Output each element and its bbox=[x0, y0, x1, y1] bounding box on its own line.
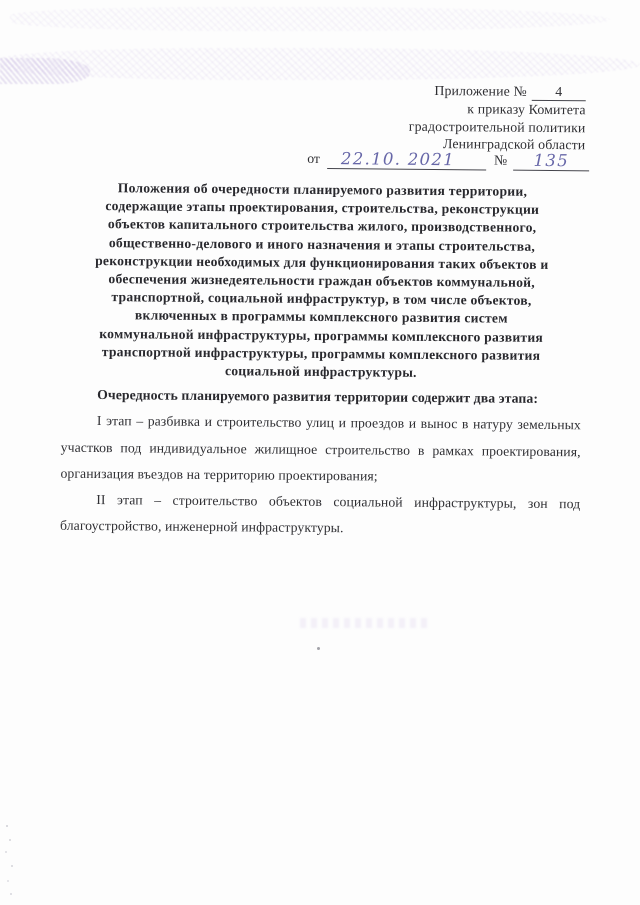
number-label: № bbox=[494, 151, 507, 171]
document-content: Приложение №4 к приказу Комитета градост… bbox=[0, 0, 640, 905]
appendix-header: Приложение №4 к приказу Комитета градост… bbox=[409, 82, 586, 154]
date-field: 22.10. 2021 bbox=[327, 147, 486, 170]
document-body: Очередность планируемого развития террит… bbox=[60, 382, 581, 544]
appendix-line: градостроительной политики bbox=[409, 118, 586, 137]
stage1-paragraph: I этап – разбивка и строительство улиц и… bbox=[60, 408, 581, 491]
scanned-document-page: Приложение №4 к приказу Комитета градост… bbox=[0, 0, 640, 905]
handwritten-number: 135 bbox=[533, 151, 569, 170]
document-title: Положения об очередности планируемого ра… bbox=[56, 179, 587, 384]
appendix-label: Приложение № bbox=[434, 83, 527, 99]
handwritten-date: 22.10. 2021 bbox=[341, 149, 455, 169]
body-line: благоустройство, инженерной инфраструкту… bbox=[60, 513, 580, 544]
appendix-number: 4 bbox=[532, 83, 586, 102]
number-field: 135 bbox=[513, 149, 589, 172]
date-label: от bbox=[307, 149, 320, 169]
body-line: I этап – разбивка и строительство улиц и… bbox=[61, 408, 581, 439]
stage2-paragraph: II этап – строительство объектов социаль… bbox=[60, 487, 580, 544]
appendix-line: Приложение №4 bbox=[409, 82, 586, 102]
order-date-number-row: от 22.10. 2021 № 135 bbox=[307, 147, 589, 171]
appendix-line: к приказу Комитета bbox=[409, 100, 586, 119]
